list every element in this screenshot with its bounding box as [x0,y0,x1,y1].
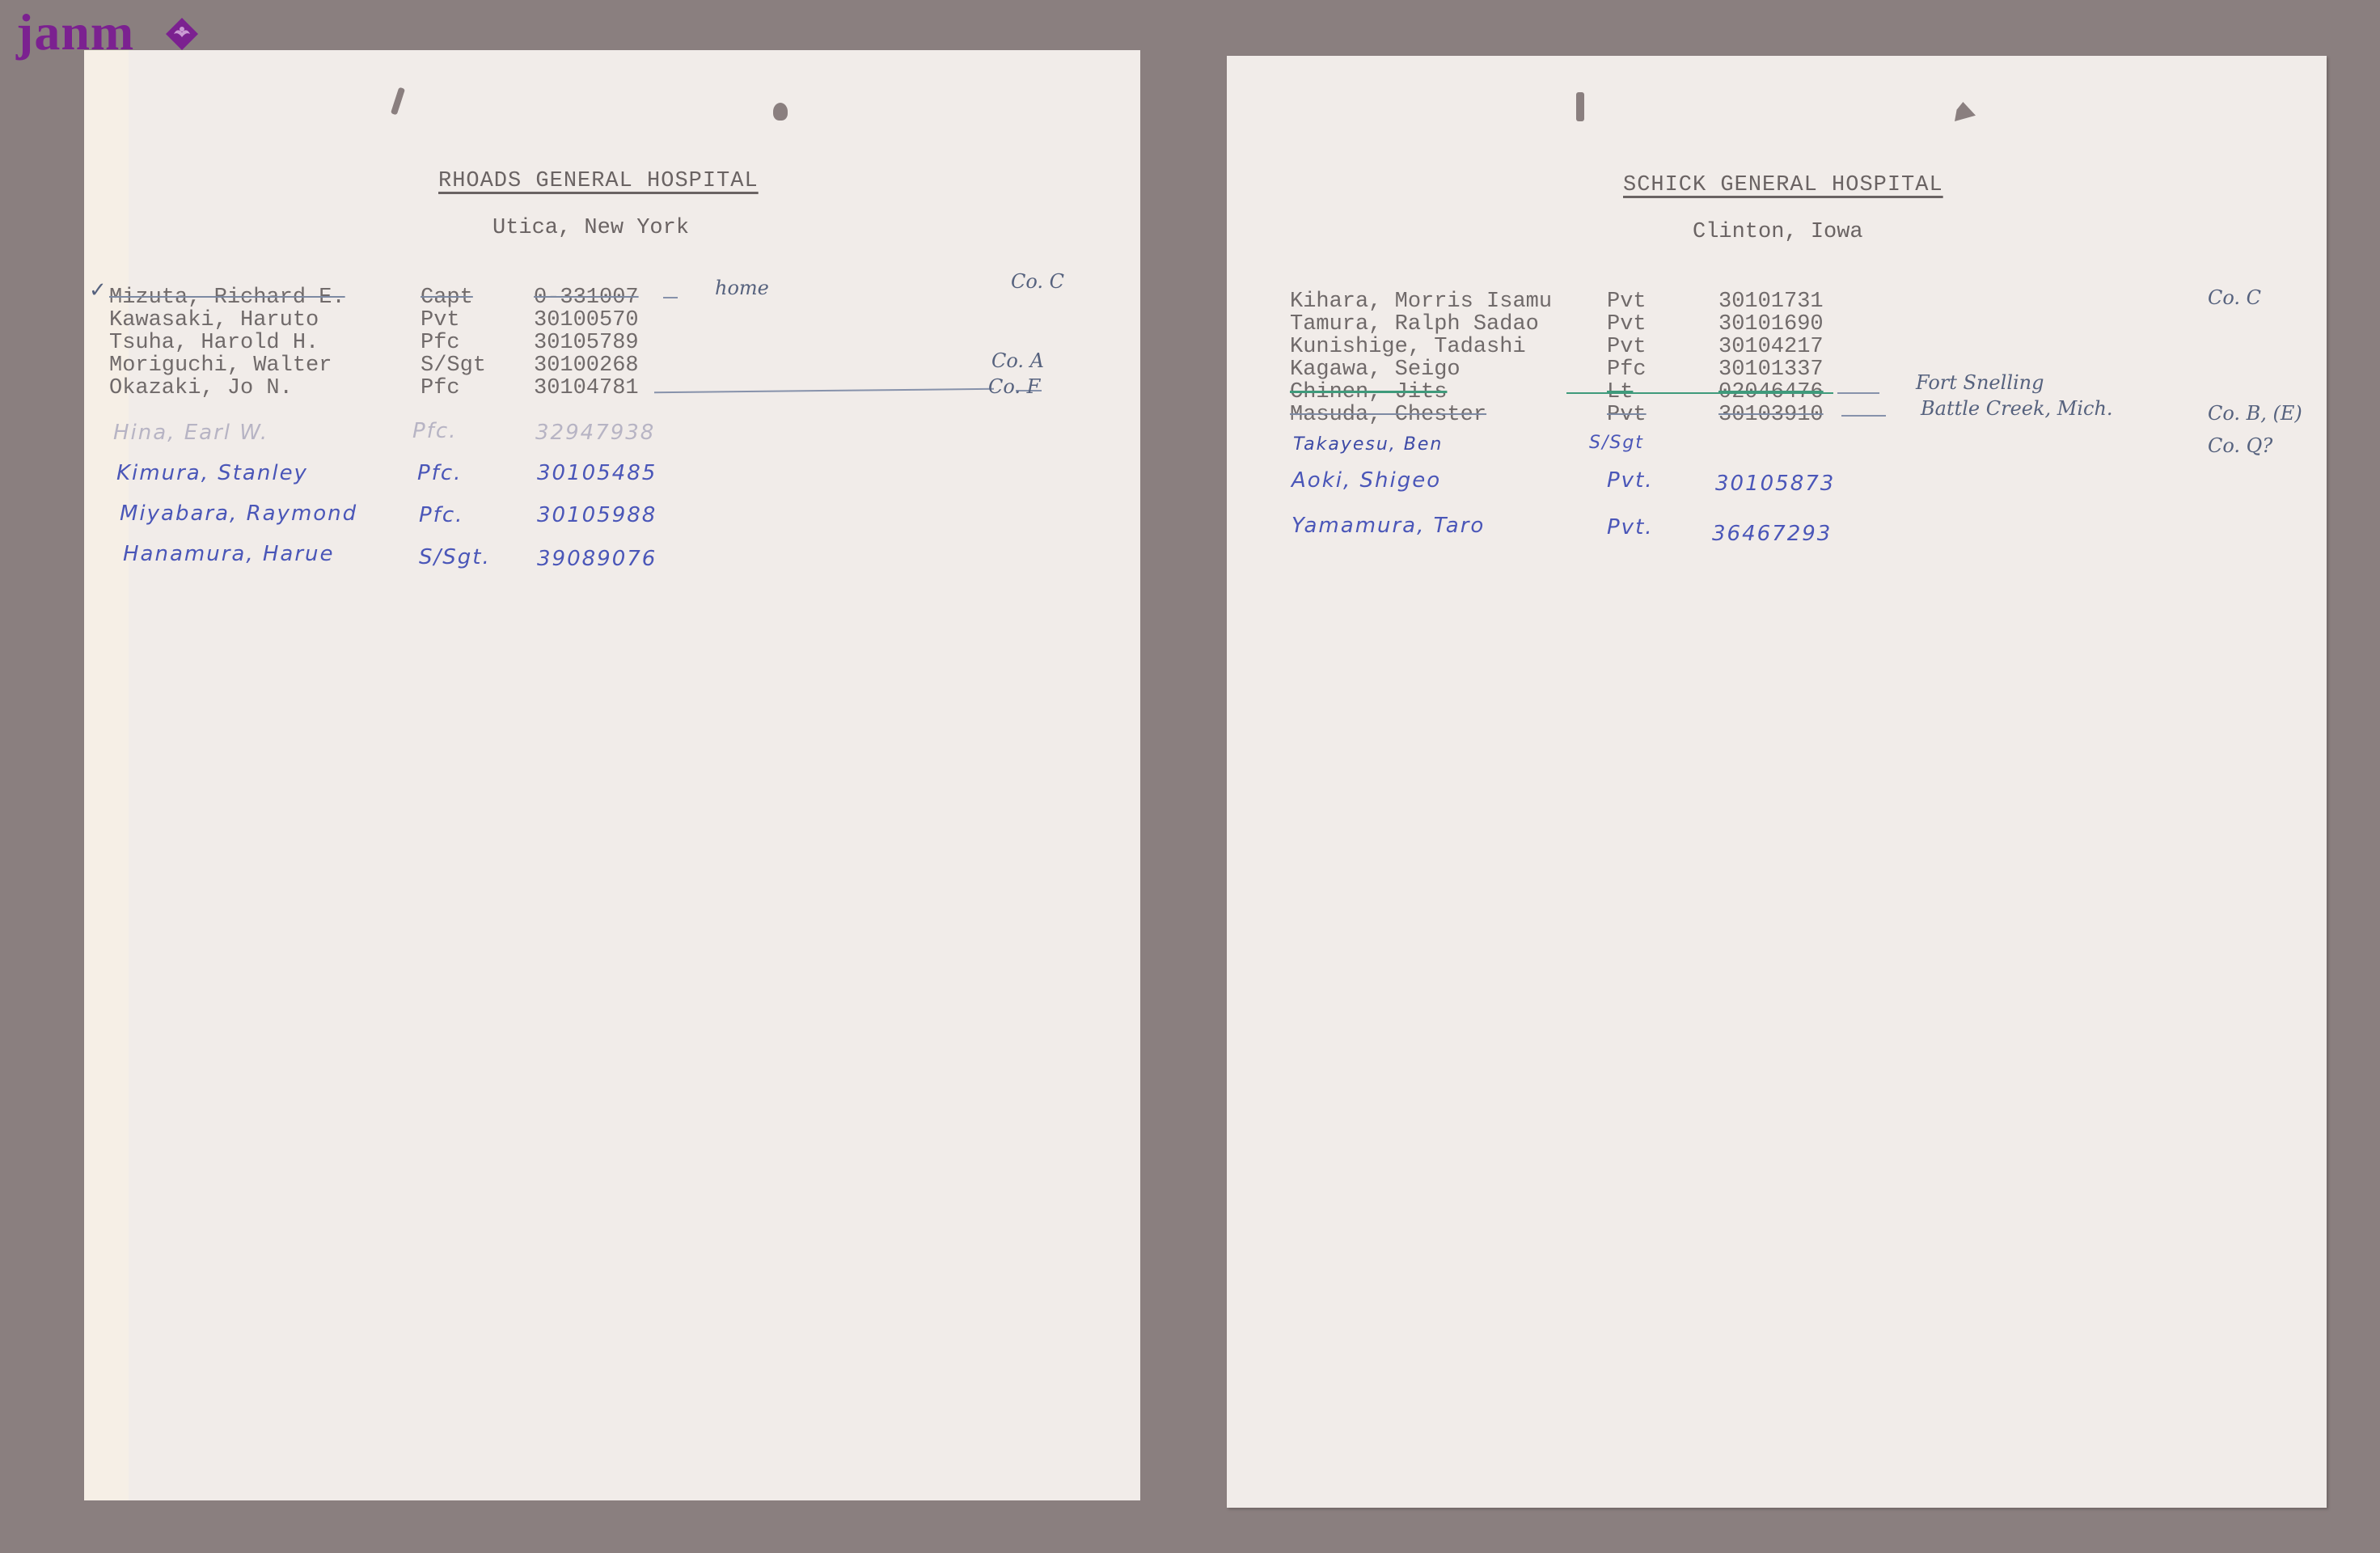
handwritten-rank: Pfc. [412,419,457,443]
annotation-line [1841,415,1886,417]
paper-edge [84,50,129,1500]
transfer-note: Battle Creek, Mich. [1921,397,2113,420]
roster-rank: Pvt [421,309,460,332]
handwritten-serial: 30105485 [537,461,657,485]
company-note: Co. A [991,349,1044,372]
hospital-location: Utica, New York [492,216,689,240]
transfer-note: Fort Snelling [1916,371,2044,394]
handwritten-name: Hanamura, Harue [123,542,335,566]
handwritten-rank: Pfc. [419,503,463,527]
roster-rank: Pvt [1607,290,1647,313]
roster-rank: S/Sgt [421,354,486,377]
annotation-line [663,297,678,298]
roster-serial: 30101337 [1718,358,1824,381]
company-note: Co. B, (E) [2208,402,2302,425]
roster-name: Kunishige, Tadashi [1290,336,1526,358]
handwritten-rank: Pfc. [417,461,462,485]
roster-serial: 30105789 [534,332,639,354]
roster-name: Tamura, Ralph Sadao [1290,313,1539,336]
roster-rank: Pvt [1607,313,1647,336]
roster-name: Moriguchi, Walter [109,354,332,377]
roster-serial: 30101690 [1718,313,1824,336]
handwritten-name: Hina, Earl W. [113,421,268,445]
roster-serial: 30104781 [534,377,639,400]
roster-name: Masuda, Chester [1290,404,1486,426]
handwritten-serial: 32947938 [535,421,655,445]
handwritten-serial: 30105873 [1715,472,1835,496]
roster-rank: Pfc [1607,358,1647,381]
roster-name: Chinen, Jits [1290,381,1447,404]
annotation-line [654,388,994,393]
roster-serial: 30104217 [1718,336,1824,358]
handwritten-name: Aoki, Shigeo [1291,468,1441,493]
hospital-title: SCHICK GENERAL HOSPITAL [1623,173,1943,197]
roster-serial: 30101731 [1718,290,1824,313]
handwritten-name: Yamamura, Taro [1291,514,1485,538]
handwritten-rank: Pvt. [1607,515,1654,540]
handwritten-rank: Pvt. [1607,468,1654,493]
handwritten-rank: S/Sgt. [419,545,491,569]
handwritten-serial: 39089076 [537,547,657,571]
roster-serial: 30100268 [534,354,639,377]
roster-rank: Pfc [421,377,460,400]
annotation-line [1566,392,1833,394]
handwritten-rank: S/Sgt [1589,433,1644,453]
diamond-crest-icon [164,16,200,52]
roster-serial: 0-331007 [534,286,639,309]
handwritten-serial: 30105988 [537,503,657,527]
roster-name: Kagawa, Seigo [1290,358,1461,381]
hospital-location: Clinton, Iowa [1693,220,1863,244]
roster-rank: Pvt [1607,336,1647,358]
roster-name: Okazaki, Jo N. [109,377,293,400]
roster-rank: Pvt [1607,404,1647,426]
punch-hole [1576,92,1584,121]
annotation-line [1837,392,1879,394]
roster-row: Mizuta, Richard E. [109,286,345,309]
roster-serial: 30103910 [1718,404,1824,426]
roster-rank: Capt [421,286,473,309]
roster-name: Kihara, Morris Isamu [1290,290,1552,313]
company-note: Co. C [1011,270,1064,293]
margin-note: home [715,277,769,299]
handwritten-serial: 36467293 [1712,522,1832,546]
company-note: Co. C [2208,286,2261,309]
checkmark-icon: ✓ [89,278,107,303]
hospital-title: RHOADS GENERAL HOSPITAL [438,169,759,193]
handwritten-name: Takayesu, Ben [1293,434,1443,455]
roster-name: Kawasaki, Haruto [109,309,319,332]
punch-hole [1955,102,1976,121]
roster-name: Tsuha, Harold H. [109,332,319,354]
roster-serial: 30100570 [534,309,639,332]
document-page-schick: SCHICK GENERAL HOSPITAL Clinton, Iowa Ki… [1227,56,2327,1508]
punch-hole [773,103,788,121]
punch-hole [391,87,405,116]
roster-rank: Pfc [421,332,460,354]
company-note: Co. F [988,375,1040,398]
handwritten-name: Miyabara, Raymond [120,501,357,526]
document-page-rhoads: RHOADS GENERAL HOSPITAL Utica, New York … [84,50,1140,1500]
handwritten-name: Kimura, Stanley [116,461,308,485]
company-note: Co. Q? [2208,434,2272,457]
